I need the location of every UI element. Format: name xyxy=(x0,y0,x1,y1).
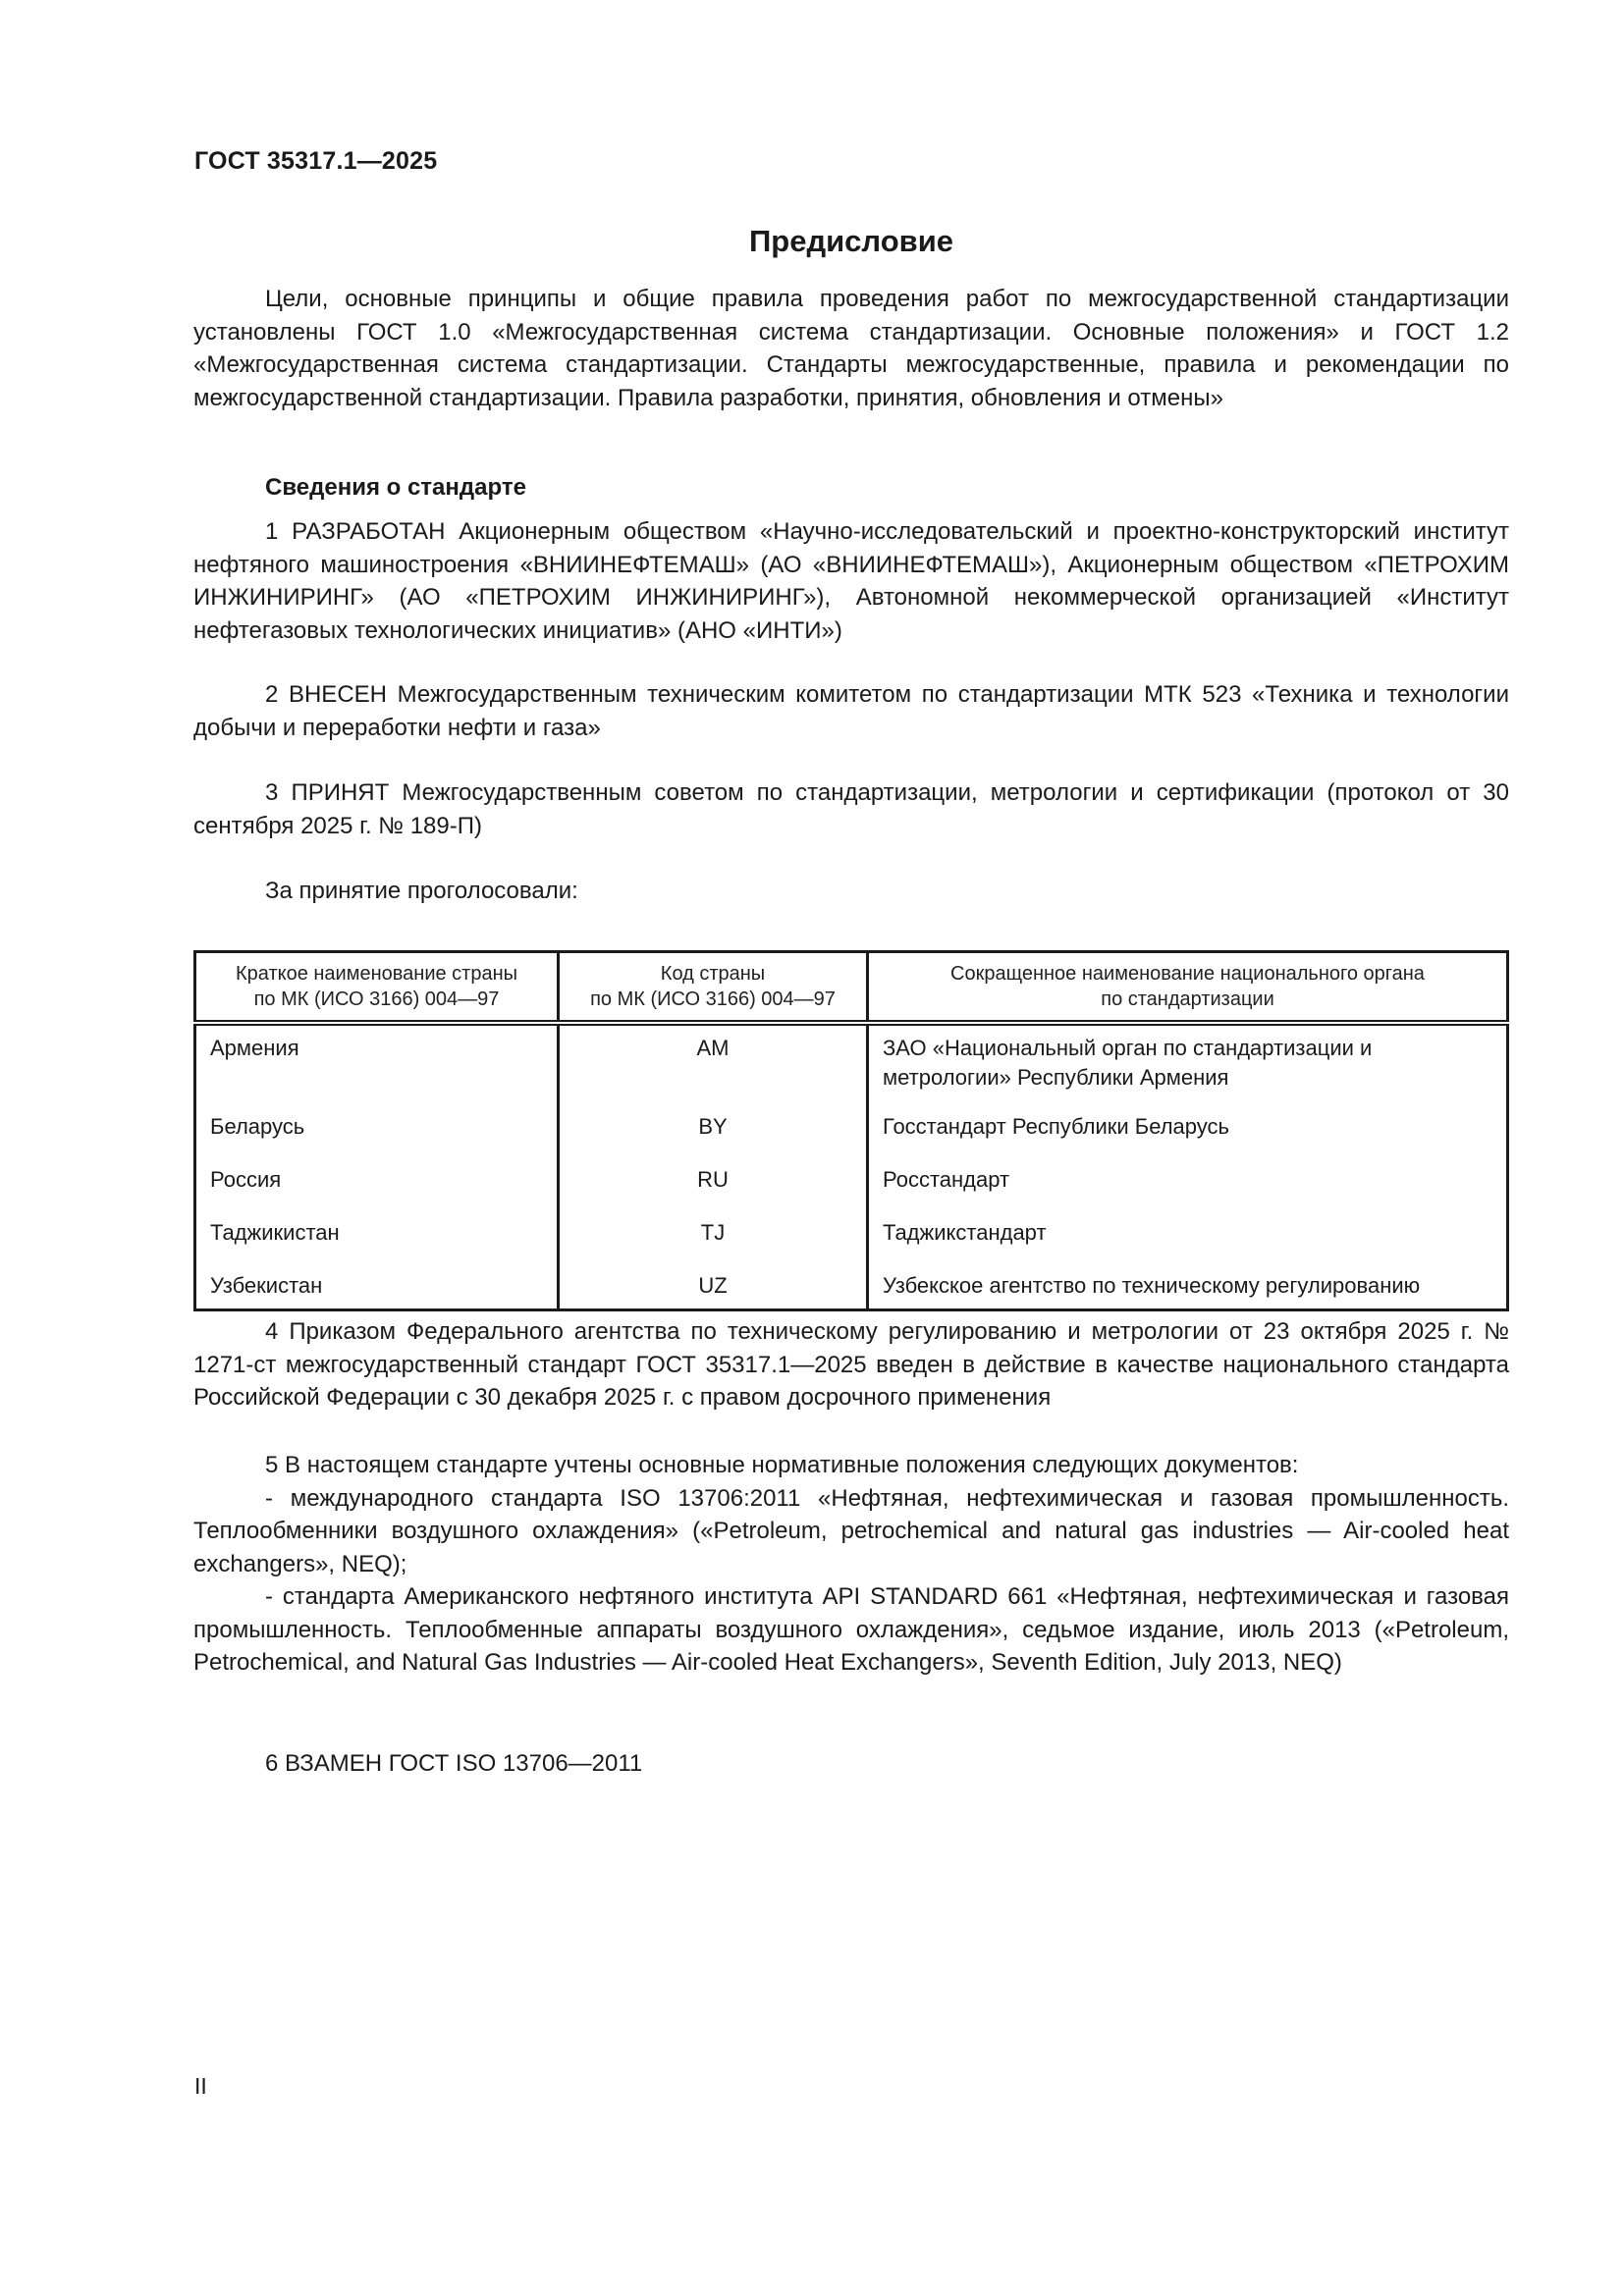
national-body-cell: Госстандарт Республики Беларусь xyxy=(868,1108,1508,1161)
standard-info-heading: Сведения о стандарте xyxy=(193,471,1509,505)
code-cell: UZ xyxy=(559,1267,868,1310)
item-3-text: 3 ПРИНЯТ Межгосударственным советом по с… xyxy=(193,776,1509,842)
item-5-intro: 5 В настоящем стандарте учтены основные … xyxy=(193,1449,1509,1482)
item-1-text: 1 РАЗРАБОТАН Акционерным обществом «Науч… xyxy=(193,515,1509,647)
document-code: ГОСТ 35317.1—2025 xyxy=(194,147,437,176)
standard-info-heading-block: Сведения о стандарте xyxy=(193,471,1509,505)
item-4-paragraph: 4 Приказом Федерального агентства по тех… xyxy=(193,1315,1509,1415)
item-6-paragraph: 6 ВЗАМЕН ГОСТ ISO 13706—2011 xyxy=(193,1747,1509,1781)
code-cell: RU xyxy=(559,1161,868,1214)
header-line: Код страны xyxy=(569,961,856,987)
header-line: по МК (ИСО 3166) 004—97 xyxy=(206,987,547,1012)
item-5-paragraph: 5 В настоящем стандарте учтены основные … xyxy=(193,1449,1509,1680)
country-cell: Россия xyxy=(195,1161,559,1214)
item-4-text: 4 Приказом Федерального агентства по тех… xyxy=(193,1315,1509,1415)
table-row: Россия RU Росстандарт xyxy=(195,1161,1508,1214)
country-cell: Армения xyxy=(195,1023,559,1108)
page-number: II xyxy=(194,2073,207,2100)
header-line: по стандартизации xyxy=(879,987,1496,1012)
table-row: Беларусь BY Госстандарт Республики Белар… xyxy=(195,1108,1508,1161)
table-row: Узбекистан UZ Узбекское агентство по тех… xyxy=(195,1267,1508,1310)
item-5-bullet-api: - стандарта Американского нефтяного инст… xyxy=(193,1580,1509,1680)
code-cell: BY xyxy=(559,1108,868,1161)
national-body-cell: Таджикстандарт xyxy=(868,1214,1508,1267)
national-body-cell: Узбекское агентство по техническому регу… xyxy=(868,1267,1508,1310)
national-body-cell: ЗАО «Национальный орган по стандартизаци… xyxy=(868,1023,1508,1108)
item-2-text: 2 ВНЕСЕН Межгосударственным техническим … xyxy=(193,678,1509,744)
header-line: Краткое наименование страны xyxy=(206,961,547,987)
table-header-row: Краткое наименование страны по МК (ИСО 3… xyxy=(195,952,1508,1024)
country-cell: Таджикистан xyxy=(195,1214,559,1267)
header-country-code: Код страны по МК (ИСО 3166) 004—97 xyxy=(559,952,868,1024)
intro-text: Цели, основные принципы и общие правила … xyxy=(193,283,1509,414)
vote-label-block: За принятие проголосовали: xyxy=(193,875,1509,908)
code-cell: TJ xyxy=(559,1214,868,1267)
voting-table: Краткое наименование страны по МК (ИСО 3… xyxy=(193,950,1509,1311)
item-3-paragraph: 3 ПРИНЯТ Межгосударственным советом по с… xyxy=(193,776,1509,842)
header-national-body: Сокращенное наименование национального о… xyxy=(868,952,1508,1024)
item-5-bullet-iso: - международного стандарта ISO 13706:201… xyxy=(193,1482,1509,1581)
page-title: Предисловие xyxy=(193,224,1509,259)
intro-paragraph: Цели, основные принципы и общие правила … xyxy=(193,283,1509,414)
country-cell: Беларусь xyxy=(195,1108,559,1161)
header-line: Сокращенное наименование национального о… xyxy=(879,961,1496,987)
table-row: Таджикистан TJ Таджикстандарт xyxy=(195,1214,1508,1267)
country-cell: Узбекистан xyxy=(195,1267,559,1310)
header-line: по МК (ИСО 3166) 004—97 xyxy=(569,987,856,1012)
vote-label: За принятие проголосовали: xyxy=(193,875,1509,908)
item-2-paragraph: 2 ВНЕСЕН Межгосударственным техническим … xyxy=(193,678,1509,744)
item-6-text: 6 ВЗАМЕН ГОСТ ISO 13706—2011 xyxy=(193,1747,1509,1781)
code-cell: AM xyxy=(559,1023,868,1108)
header-country-name: Краткое наименование страны по МК (ИСО 3… xyxy=(195,952,559,1024)
national-body-cell: Росстандарт xyxy=(868,1161,1508,1214)
item-1-paragraph: 1 РАЗРАБОТАН Акционерным обществом «Науч… xyxy=(193,515,1509,647)
table-row: Армения AM ЗАО «Национальный орган по ст… xyxy=(195,1023,1508,1108)
